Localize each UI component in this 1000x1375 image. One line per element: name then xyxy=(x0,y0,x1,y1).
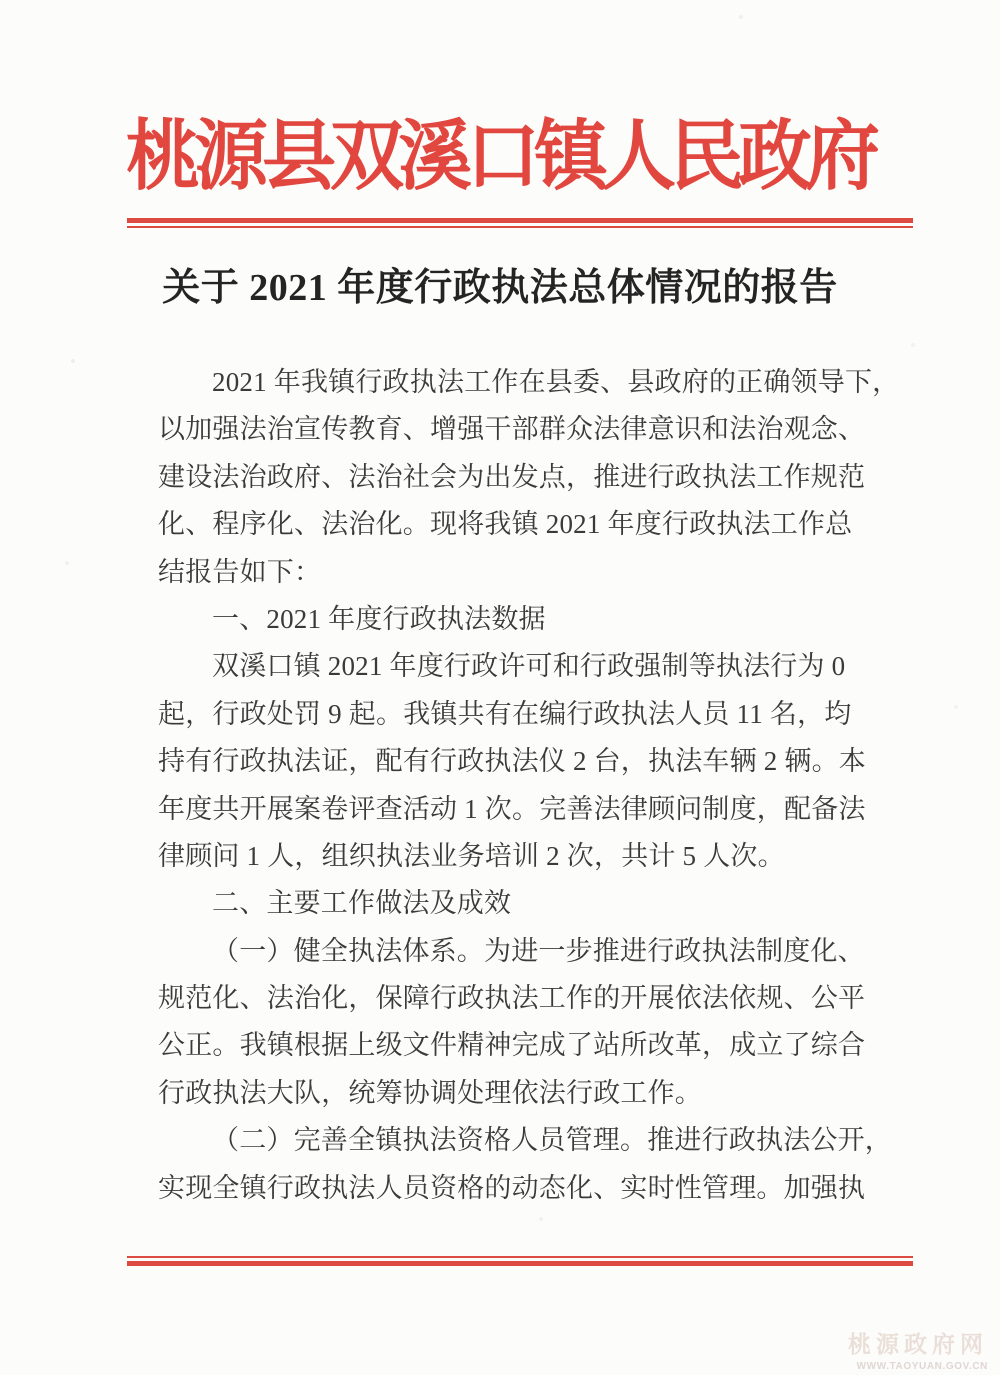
footer-rule-thick xyxy=(127,1261,913,1266)
header-rule-thick xyxy=(127,218,913,223)
body-line: （一）健全执法体系。为进一步推进行政执法制度化、 xyxy=(158,928,864,975)
site-watermark: 桃源政府网 WWW.TAOYUAN.GOV.CN xyxy=(848,1326,988,1372)
watermark-site-name: 桃源政府网 xyxy=(848,1326,988,1359)
document-body: 2021 年我镇行政执法工作在县委、县政府的正确领导下， 以加强法治宣传教育、增… xyxy=(158,359,864,1212)
document-title: 关于 2021 年度行政执法总体情况的报告 xyxy=(0,256,1000,311)
body-line: 以加强法治宣传教育、增强干部群众法律意识和法治观念、 xyxy=(158,406,864,453)
body-line: 起，行政处罚 9 起。我镇共有在编行政执法人员 11 名，均 xyxy=(158,691,864,738)
body-line: 结报告如下： xyxy=(158,549,864,596)
body-section-heading: 一、2021 年度行政执法数据 xyxy=(158,596,864,643)
body-line: 建设法治政府、法治社会为出发点，推进行政执法工作规范 xyxy=(158,454,864,501)
body-line: 规范化、法治化，保障行政执法工作的开展依法依规、公平 xyxy=(158,975,864,1022)
body-line: 实现全镇行政执法人员资格的动态化、实时性管理。加强执 xyxy=(158,1165,864,1212)
body-line: 行政执法大队，统筹协调处理依法行政工作。 xyxy=(158,1070,864,1117)
body-line: 2021 年我镇行政执法工作在县委、县政府的正确领导下， xyxy=(158,359,864,406)
footer-rule-thin xyxy=(127,1256,913,1258)
body-line: 双溪口镇 2021 年度行政许可和行政强制等执法行为 0 xyxy=(158,643,864,690)
body-section-heading: 二、主要工作做法及成效 xyxy=(158,880,864,927)
agency-letterhead: 桃源县双溪口镇人民政府 xyxy=(0,118,1000,199)
scan-noise xyxy=(0,0,2,2)
header-rule-thin xyxy=(127,226,913,228)
watermark-site-url: WWW.TAOYUAN.GOV.CN xyxy=(848,1361,988,1372)
document-page: 桃源县双溪口镇人民政府 关于 2021 年度行政执法总体情况的报告 2021 年… xyxy=(0,0,1000,1375)
body-line: 化、程序化、法治化。现将我镇 2021 年度行政执法工作总 xyxy=(158,501,864,548)
body-line: 年度共开展案卷评查活动 1 次。完善法律顾问制度，配备法 xyxy=(158,786,864,833)
body-line: 持有行政执法证，配有行政执法仪 2 台，执法车辆 2 辆。本 xyxy=(158,738,864,785)
body-line: （二）完善全镇执法资格人员管理。推进行政执法公开， xyxy=(158,1117,864,1164)
body-line: 公正。我镇根据上级文件精神完成了站所改革，成立了综合 xyxy=(158,1022,864,1069)
body-line: 律顾问 1 人，组织执法业务培训 2 次，共计 5 人次。 xyxy=(158,833,864,880)
